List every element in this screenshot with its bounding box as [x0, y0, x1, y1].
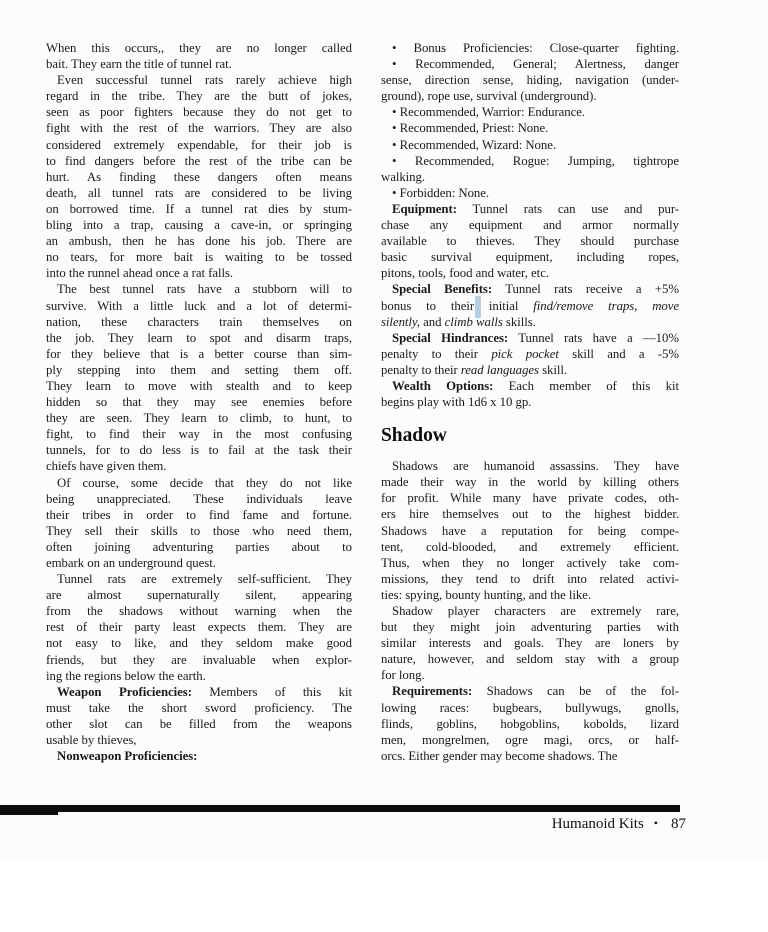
text-line: but they might join adventuring parties … — [381, 619, 679, 635]
text-run: fight with the rest of the warriors. The… — [46, 121, 352, 135]
text-line: they are seen. They learn to climb, to h… — [46, 410, 352, 426]
text-run: they are seen. They learn to climb, to h… — [46, 411, 352, 425]
italic-text: read languages — [461, 363, 539, 377]
italic-text: silently, — [381, 315, 420, 329]
text-run: orcs. Either gender may become shadows. … — [381, 749, 617, 763]
text-run: sense, direction sense, hiding, navigati… — [381, 73, 679, 87]
text-run: Thus, when they no longer actively take … — [381, 556, 679, 570]
text-run: Tunnel rats are extremely self-sufficien… — [57, 572, 352, 586]
text-run: skill and a -5% — [559, 347, 679, 361]
text-line: orcs. Either gender may become shadows. … — [381, 748, 679, 764]
paragraph: Weapon Proficiencies: Members of this ki… — [46, 684, 352, 748]
paragraph: Special Hindrances: Tunnel rats have a —… — [381, 330, 679, 378]
text-line: lowing races: bugbears, bullywugs, gnoll… — [381, 700, 679, 716]
text-line: hurt. As finding these dangers often mea… — [46, 169, 352, 185]
text-run: Tunnel rats can use and pur- — [457, 202, 679, 216]
text-run: Even successful tunnel rats rarely achie… — [57, 73, 352, 87]
text-run: being unappreciated. These individuals l… — [46, 492, 352, 506]
text-line: fight, to find their way in the most con… — [46, 426, 352, 442]
paragraph: Wealth Options: Each member of this kitb… — [381, 378, 679, 410]
text-line: for profit. While many have private code… — [381, 490, 679, 506]
text-run: for long. — [381, 668, 425, 682]
text-run: for they believe that is a better course… — [46, 347, 352, 361]
text-line: Weapon Proficiencies: Members of this ki… — [46, 684, 352, 700]
text-line: death, all tunnel rats are considered to… — [46, 185, 352, 201]
text-line: an ambush, then he has done his job. The… — [46, 233, 352, 249]
text-line: Special Hindrances: Tunnel rats have a —… — [381, 330, 679, 346]
text-line: When this occurs,, they are no longer ca… — [46, 40, 352, 56]
text-run: an ambush, then he has done his job. The… — [46, 234, 352, 248]
text-line: fight with the rest of the warriors. The… — [46, 120, 352, 136]
text-line: often joining adventuring parties about … — [46, 539, 352, 555]
text-line: • Recommended, Warrior: Endurance. — [381, 104, 679, 120]
text-run: made their way in the world by killing o… — [381, 475, 679, 489]
bold-text: Nonweapon Proficiencies: — [57, 749, 197, 763]
text-line: hidden so that they may see enemies befo… — [46, 394, 352, 410]
text-line: for they believe that is a better course… — [46, 346, 352, 362]
text-line: chiefs have given them. — [46, 458, 352, 474]
text-line: no tears, for more bait is waiting to be… — [46, 249, 352, 265]
text-line: walking. — [381, 169, 679, 185]
text-run: bonus to their initial — [381, 299, 533, 313]
text-line: penalty to their pick pocket skill and a… — [381, 346, 679, 362]
text-run: on borrowed time. If a tunnel rat dies b… — [46, 202, 352, 216]
text-run: considered extremely expendable, for the… — [46, 138, 352, 152]
bold-text: Special Hindrances: — [392, 331, 508, 345]
text-run: fight, to find their way in the most con… — [46, 427, 352, 441]
paragraph: • Recommended, Warrior: Endurance. — [381, 104, 679, 120]
text-run: are almost supernaturally silent, appear… — [46, 588, 352, 602]
text-run: chase any equipment and armor normally — [381, 218, 679, 232]
text-line: available to thieves. They should purcha… — [381, 233, 679, 249]
text-run: often joining adventuring parties about … — [46, 540, 352, 554]
text-line: ing the regions below the earth. — [46, 668, 352, 684]
text-run: skill. — [539, 363, 567, 377]
text-run: available to thieves. They should purcha… — [381, 234, 679, 248]
text-run: embark on an underground quest. — [46, 556, 216, 570]
text-line: Thus, when they no longer actively take … — [381, 555, 679, 571]
text-run: Shadow player characters are extremely r… — [392, 604, 679, 618]
text-run: to find dangers before the rest of the t… — [46, 154, 352, 168]
text-line: chase any equipment and armor normally — [381, 217, 679, 233]
text-line: missions, they tend to drift into relate… — [381, 571, 679, 587]
text-line: They sell their skills to those who need… — [46, 523, 352, 539]
text-run: men, mongrelmen, ogre magi, orcs, or hal… — [381, 733, 679, 747]
paragraph: • Recommended, Rogue: Jumping, tightrope… — [381, 153, 679, 185]
text-line: begins play with 1d6 x 10 gp. — [381, 394, 679, 410]
text-line: Of course, some decide that they do not … — [46, 475, 352, 491]
text-run: bling into a trap, causing a cave-in, or… — [46, 218, 352, 232]
text-run: into the runnel ahead once a rat falls. — [46, 266, 233, 280]
paragraph: • Recommended, Wizard: None. — [381, 137, 679, 153]
text-line: from the shadows without warning when th… — [46, 603, 352, 619]
text-run: not easy to like, and they seldom make g… — [46, 636, 352, 650]
italic-text: find/remove traps, move — [533, 299, 679, 313]
text-run: • Recommended, Wizard: None. — [392, 138, 556, 152]
text-run: • Recommended, Warrior: Endurance. — [392, 105, 585, 119]
text-line: ply stepping into them and setting them … — [46, 362, 352, 378]
text-line: usable by thieves, — [46, 732, 352, 748]
text-line: sense, direction sense, hiding, navigati… — [381, 72, 679, 88]
text-run: Shadows are humanoid assassins. They hav… — [392, 459, 679, 473]
bold-text: Equipment: — [392, 202, 457, 216]
paragraph: Equipment: Tunnel rats can use and pur-c… — [381, 201, 679, 281]
text-line: bonus to their initial find/remove traps… — [381, 298, 679, 314]
footer-page-number: 87 — [671, 816, 686, 832]
text-line: basic survival equipment, including rope… — [381, 249, 679, 265]
text-run: hidden so that they may see enemies befo… — [46, 395, 352, 409]
text-line: the job. They learn to spot and disarm t… — [46, 330, 352, 346]
text-run: their tribes in order to find fame and f… — [46, 508, 352, 522]
text-line: ties: spying, bounty hunting, and the li… — [381, 587, 679, 603]
text-line: silently, and climb walls skills. — [381, 314, 679, 330]
text-line: ground), rope use, survival (underground… — [381, 88, 679, 104]
text-run: Shadows have a reputation for being comp… — [381, 524, 679, 538]
text-line: nation, these characters train themselve… — [46, 314, 352, 330]
text-line: • Recommended, Rogue: Jumping, tightrope — [381, 153, 679, 169]
text-line: They learn to move with stealth and to k… — [46, 378, 352, 394]
text-run: ing the regions below the earth. — [46, 669, 206, 683]
text-run: tent, cold-blooded, and extremely effici… — [381, 540, 679, 554]
paragraph: • Recommended, General; Alertness, dange… — [381, 56, 679, 104]
text-run: flinds, goblins, hobgoblins, kobolds, li… — [381, 717, 679, 731]
text-run: from the shadows without warning when th… — [46, 604, 352, 618]
text-line: Equipment: Tunnel rats can use and pur- — [381, 201, 679, 217]
text-line: The best tunnel rats have a stubborn wil… — [46, 281, 352, 297]
text-line: being unappreciated. These individuals l… — [46, 491, 352, 507]
text-run: friends, but they are invaluable when ex… — [46, 653, 352, 667]
paragraph: • Recommended, Priest: None. — [381, 120, 679, 136]
text-run: • Bonus Proficiencies: Close-quarter fig… — [392, 41, 679, 55]
footer: Humanoid Kits•87 — [0, 816, 686, 833]
text-line: Nonweapon Proficiencies: — [46, 748, 352, 764]
text-run: Each member of this kit — [493, 379, 679, 393]
text-line: are almost supernaturally silent, appear… — [46, 587, 352, 603]
text-run: nature, however, and seldom stay with a … — [381, 652, 679, 666]
text-run: must take the short sword proficiency. T… — [46, 701, 352, 715]
text-run: They sell their skills to those who need… — [46, 524, 352, 538]
text-line: survive. With a little luck and a lot of… — [46, 298, 352, 314]
text-run: ply stepping into them and setting them … — [46, 363, 352, 377]
text-run: penalty to their — [381, 347, 491, 361]
text-run: nation, these characters train themselve… — [46, 315, 352, 329]
paragraph: When this occurs,, they are no longer ca… — [46, 40, 352, 72]
footer-separator: • — [654, 816, 658, 830]
text-run: rest of their party least expects them. … — [46, 620, 352, 634]
text-line: their tribes in order to find fame and f… — [46, 507, 352, 523]
paragraph: • Bonus Proficiencies: Close-quarter fig… — [381, 40, 679, 56]
text-run: basic survival equipment, including rope… — [381, 250, 679, 264]
text-line: tent, cold-blooded, and extremely effici… — [381, 539, 679, 555]
text-line: nature, however, and seldom stay with a … — [381, 651, 679, 667]
text-run: other slot can be filled from the weapon… — [46, 717, 352, 731]
text-run: • Recommended, Priest: None. — [392, 121, 548, 135]
text-line: • Recommended, General; Alertness, dange… — [381, 56, 679, 72]
bold-text: Weapon Proficiencies: — [57, 685, 192, 699]
text-line: for long. — [381, 667, 679, 683]
text-line: rest of their party least expects them. … — [46, 619, 352, 635]
text-run: similar interests and goals. They are lo… — [381, 636, 679, 650]
text-run: regard in the tribe. They are the butt o… — [46, 89, 352, 103]
paragraph: Special Benefits: Tunnel rats receive a … — [381, 281, 679, 329]
text-run: When this occurs,, they are no longer ca… — [46, 41, 352, 55]
paragraph: Shadow player characters are extremely r… — [381, 603, 679, 683]
section-heading: Shadow — [381, 425, 679, 447]
text-run: • Recommended, General; Alertness, dange… — [392, 57, 679, 71]
text-run: Of course, some decide that they do not … — [57, 476, 352, 490]
text-run: and — [420, 315, 445, 329]
text-line: friends, but they are invaluable when ex… — [46, 652, 352, 668]
text-run: • Forbidden: None. — [392, 186, 489, 200]
text-line: Wealth Options: Each member of this kit — [381, 378, 679, 394]
text-run: hurt. As finding these dangers often mea… — [46, 170, 352, 184]
footer-rule-spur — [0, 812, 58, 815]
text-run: They learn to move with stealth and to k… — [46, 379, 352, 393]
bold-text: Special Benefits: — [392, 282, 492, 296]
text-line: penalty to their read languages skill. — [381, 362, 679, 378]
text-run: Shadows can be of the fol- — [472, 684, 679, 698]
text-line: • Bonus Proficiencies: Close-quarter fig… — [381, 40, 679, 56]
text-run: Tunnel rats have a —10% — [508, 331, 679, 345]
text-run: usable by thieves, — [46, 733, 136, 747]
text-line: Shadows have a reputation for being comp… — [381, 523, 679, 539]
text-line: made their way in the world by killing o… — [381, 474, 679, 490]
paragraph: The best tunnel rats have a stubborn wil… — [46, 281, 352, 474]
text-line: embark on an underground quest. — [46, 555, 352, 571]
text-run: but they might join adventuring parties … — [381, 620, 679, 634]
text-run: death, all tunnel rats are considered to… — [46, 186, 352, 200]
text-run: bait. They earn the title of tunnel rat. — [46, 57, 232, 71]
paragraph: Nonweapon Proficiencies: — [46, 748, 352, 764]
paragraph: Shadows are humanoid assassins. They hav… — [381, 458, 679, 603]
text-run: missions, they tend to drift into relate… — [381, 572, 679, 586]
text-run: The best tunnel rats have a stubborn wil… — [57, 282, 352, 296]
text-run: ground), rope use, survival (underground… — [381, 89, 597, 103]
text-run: tunnels, for to do less is to fail at th… — [46, 443, 352, 457]
text-line: flinds, goblins, hobgoblins, kobolds, li… — [381, 716, 679, 732]
text-run: survive. With a little luck and a lot of… — [46, 299, 352, 313]
bold-text: Wealth Options: — [392, 379, 493, 393]
text-line: regard in the tribe. They are the butt o… — [46, 88, 352, 104]
text-line: tunnels, for to do less is to fail at th… — [46, 442, 352, 458]
text-line: Even successful tunnel rats rarely achie… — [46, 72, 352, 88]
text-run: skills. — [503, 315, 536, 329]
bold-text: Requirements: — [392, 684, 472, 698]
text-line: • Recommended, Wizard: None. — [381, 137, 679, 153]
paragraph: Even successful tunnel rats rarely achie… — [46, 72, 352, 281]
text-run: seen as poor fighters because they do no… — [46, 105, 352, 119]
text-run: Members of this kit — [192, 685, 352, 699]
text-line: bling into a trap, causing a cave-in, or… — [46, 217, 352, 233]
text-line: • Recommended, Priest: None. — [381, 120, 679, 136]
footer-section-label: Humanoid Kits — [552, 816, 644, 832]
left-column: When this occurs,, they are no longer ca… — [46, 40, 352, 764]
italic-text: pick pocket — [491, 347, 559, 361]
text-line: Special Benefits: Tunnel rats receive a … — [381, 281, 679, 297]
text-run: the job. They learn to spot and disarm t… — [46, 331, 352, 345]
text-line: on borrowed time. If a tunnel rat dies b… — [46, 201, 352, 217]
text-line: similar interests and goals. They are lo… — [381, 635, 679, 651]
text-line: considered extremely expendable, for the… — [46, 137, 352, 153]
text-line: seen as poor fighters because they do no… — [46, 104, 352, 120]
text-line: bait. They earn the title of tunnel rat. — [46, 56, 352, 72]
text-line: men, mongrelmen, ogre magi, orcs, or hal… — [381, 732, 679, 748]
text-run: pitons, tools, food and water, etc. — [381, 266, 549, 280]
text-run: for profit. While many have private code… — [381, 491, 679, 505]
text-run: Tunnel rats receive a +5% — [492, 282, 679, 296]
text-line: Tunnel rats are extremely self-sufficien… — [46, 571, 352, 587]
paragraph: Of course, some decide that they do not … — [46, 475, 352, 572]
text-run: ties: spying, bounty hunting, and the li… — [381, 588, 591, 602]
text-line: Shadows are humanoid assassins. They hav… — [381, 458, 679, 474]
text-line: • Forbidden: None. — [381, 185, 679, 201]
text-line: Requirements: Shadows can be of the fol- — [381, 683, 679, 699]
text-line: ers hire themselves out to the highest b… — [381, 506, 679, 522]
text-run: lowing races: bugbears, bullywugs, gnoll… — [381, 701, 679, 715]
italic-text: climb walls — [445, 315, 503, 329]
text-run: begins play with 1d6 x 10 gp. — [381, 395, 531, 409]
text-line: not easy to like, and they seldom make g… — [46, 635, 352, 651]
text-run: ers hire themselves out to the highest b… — [381, 507, 679, 521]
text-line: into the runnel ahead once a rat falls. — [46, 265, 352, 281]
text-line: other slot can be filled from the weapon… — [46, 716, 352, 732]
text-run: • Recommended, Rogue: Jumping, tightrope — [392, 154, 679, 168]
paragraph: Requirements: Shadows can be of the fol-… — [381, 683, 679, 763]
text-run: walking. — [381, 170, 425, 184]
text-run: no tears, for more bait is waiting to be… — [46, 250, 352, 264]
paragraph: Tunnel rats are extremely self-sufficien… — [46, 571, 352, 684]
paragraph: • Forbidden: None. — [381, 185, 679, 201]
text-line: Shadow player characters are extremely r… — [381, 603, 679, 619]
right-column: • Bonus Proficiencies: Close-quarter fig… — [381, 40, 679, 764]
text-line: must take the short sword proficiency. T… — [46, 700, 352, 716]
text-run: chiefs have given them. — [46, 459, 166, 473]
footer-rule — [0, 805, 680, 812]
text-line: pitons, tools, food and water, etc. — [381, 265, 679, 281]
text-run: penalty to their — [381, 363, 461, 377]
text-line: to find dangers before the rest of the t… — [46, 153, 352, 169]
